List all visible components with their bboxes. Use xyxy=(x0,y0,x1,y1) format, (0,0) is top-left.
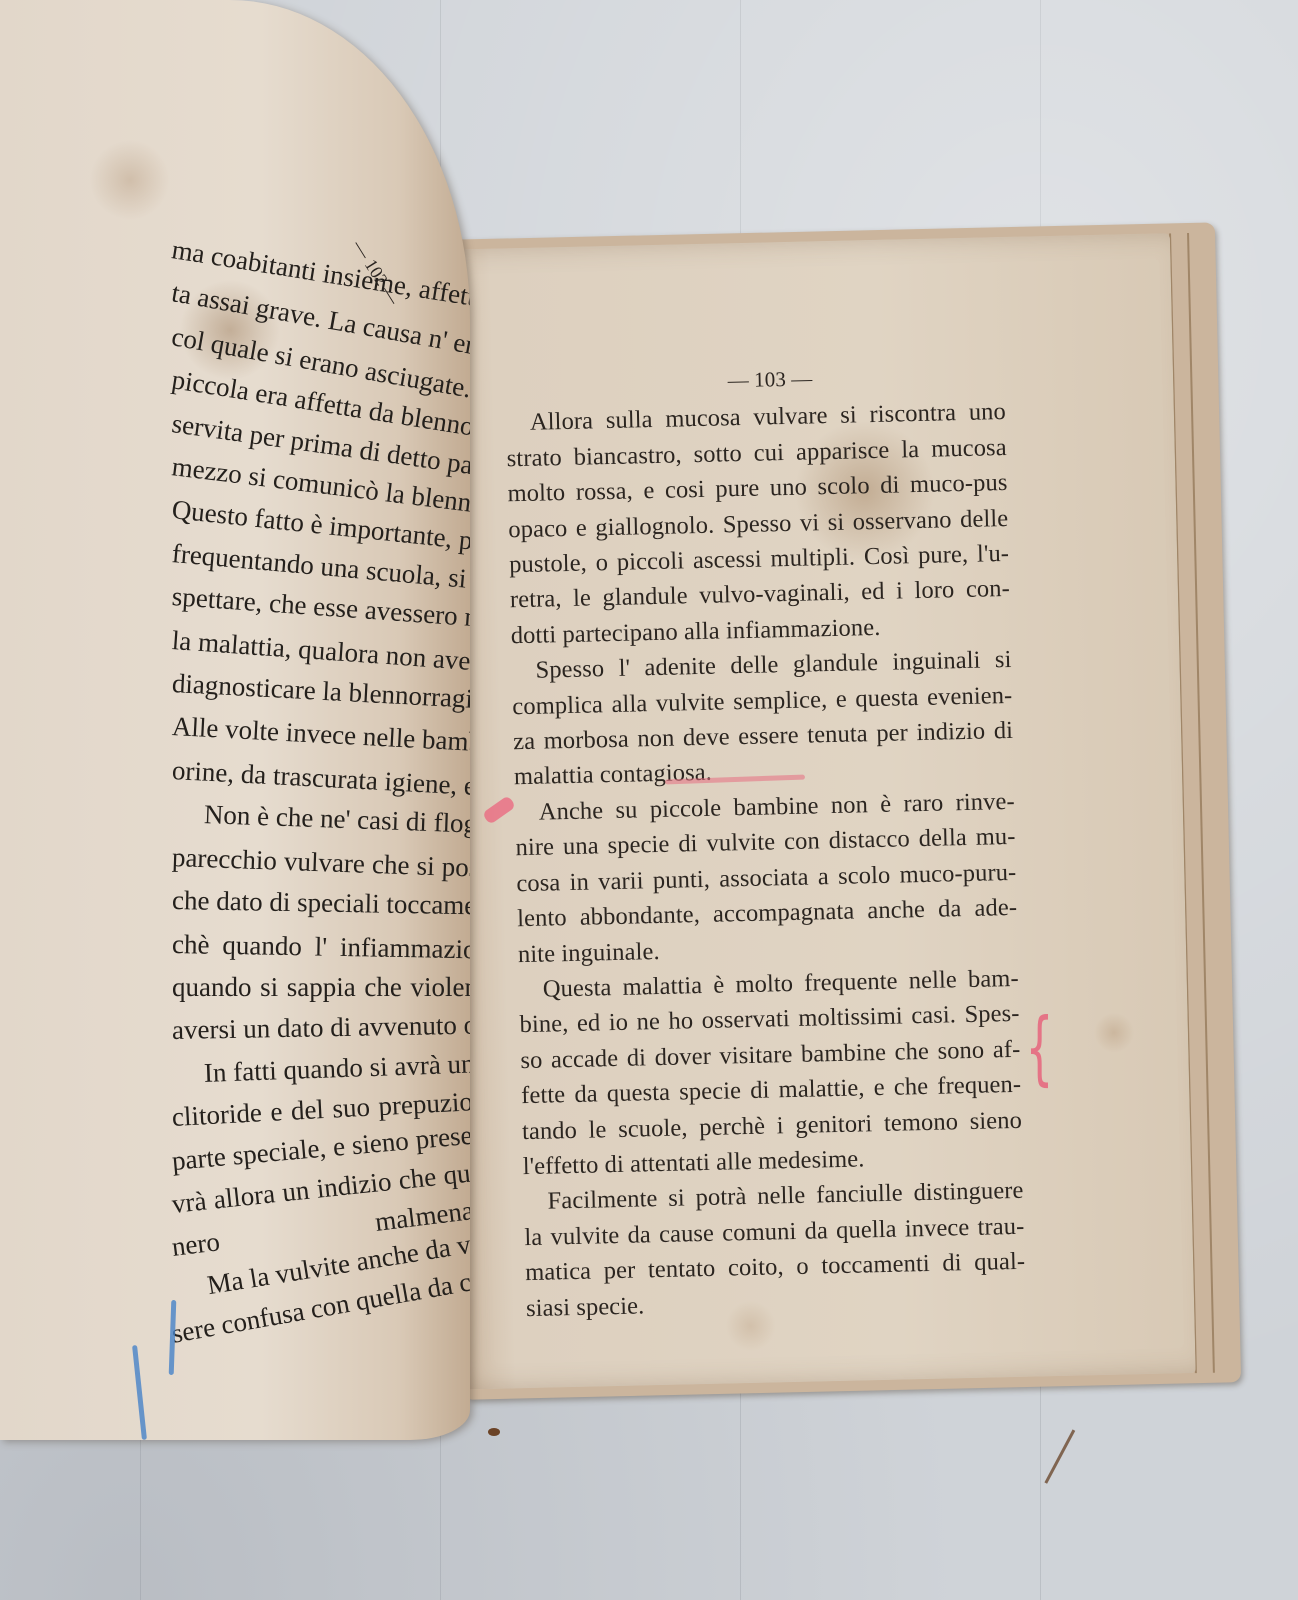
text-line: quando si sappia che violenza xyxy=(172,966,470,1009)
paragraph: Questa malattia è molto frequente nelle … xyxy=(518,961,1023,1185)
paragraph: Spesso l' adenite delle glandule inguina… xyxy=(511,642,1014,795)
debris-fragment xyxy=(1044,1429,1110,1502)
right-page-text: — 103 — Allora sulla mucosa vulvare si r… xyxy=(505,357,1027,1326)
text-line: chè quando l' infiammazione xyxy=(172,923,470,972)
pink-brace-mark: { xyxy=(1025,1008,1053,1088)
text-line: che dato di speciali toccamenti xyxy=(172,879,470,928)
left-page-text: ma coabitanti insieme, affette da ble ta… xyxy=(172,228,470,1357)
debris-speck xyxy=(488,1428,500,1436)
paragraph: Facilmente si potrà nelle fanciulle dist… xyxy=(523,1173,1026,1326)
right-page: — 103 — Allora sulla mucosa vulvare si r… xyxy=(430,233,1196,1389)
paragraph: Anche su piccole bambine non è raro rinv… xyxy=(514,784,1018,972)
left-page: — 102 — ma coabitanti insieme, affette d… xyxy=(0,0,470,1440)
blue-pencil-mark xyxy=(132,1345,147,1440)
paragraph: Allora sulla mucosa vulvare si riscontra… xyxy=(506,394,1011,653)
